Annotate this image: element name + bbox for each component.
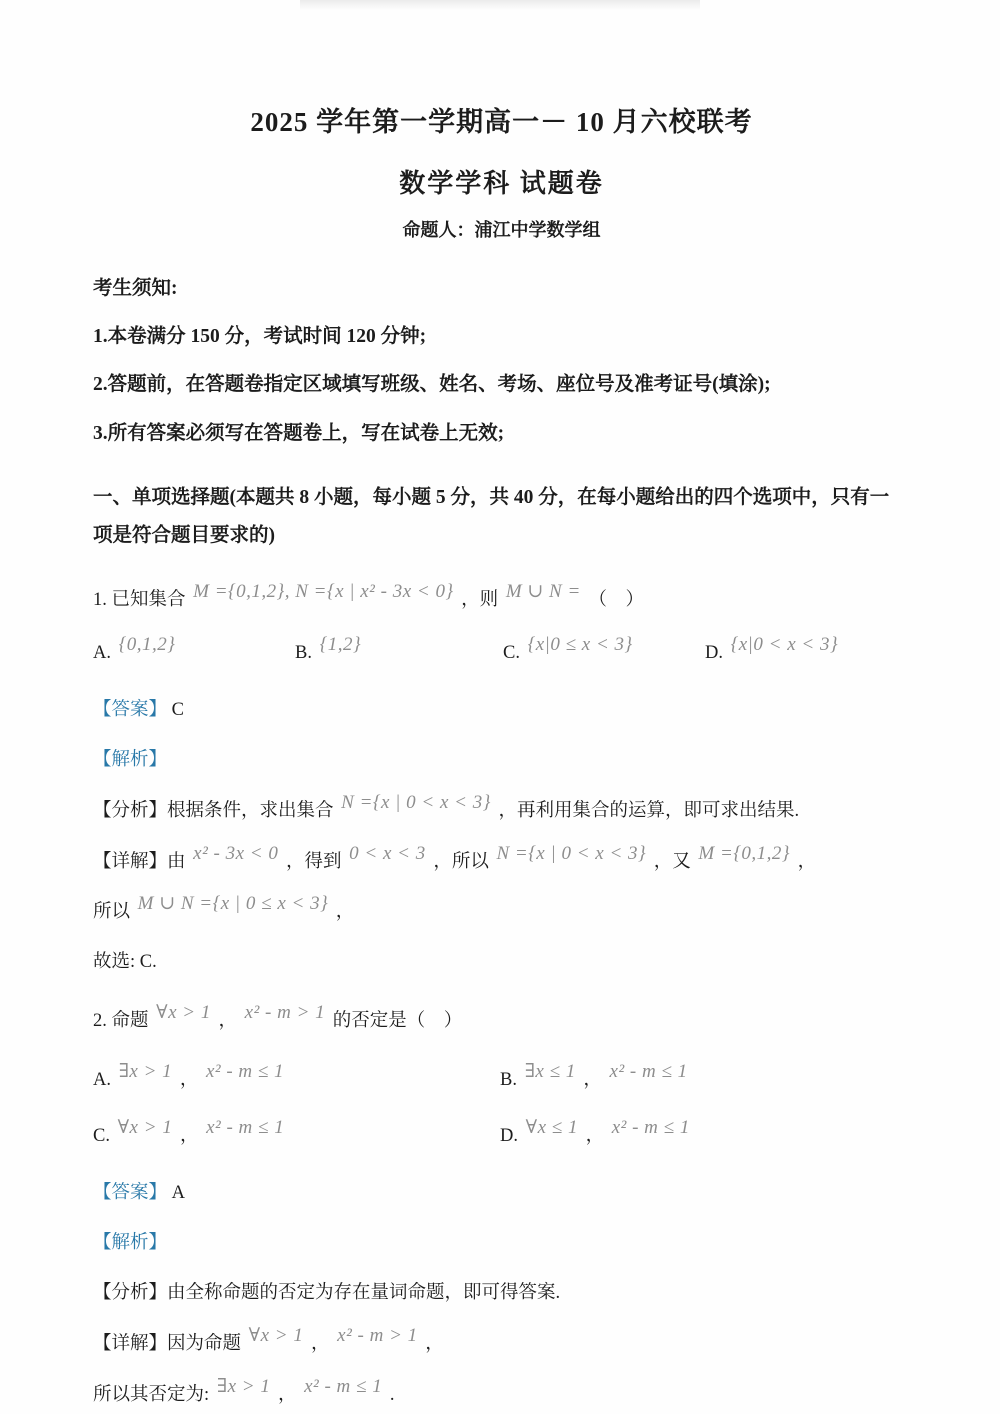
- q2-jiexi-line: 【解析】: [93, 1231, 910, 1257]
- q2-xiangjie-tail: ，: [425, 1334, 444, 1354]
- q2-xiangjie-formula-1: ∀x > 1: [246, 1323, 307, 1350]
- q1-answer-label: 【答案】: [93, 700, 167, 720]
- q2-stem-text: 2. 命题: [93, 1011, 149, 1031]
- q2-final-text: 所以其否定为:: [93, 1385, 209, 1405]
- q2-final-line: 所以其否定为: ∃x > 1 ， x² - m ≤ 1 .: [93, 1382, 910, 1409]
- q1-stem-text-mid: ，则: [461, 590, 498, 610]
- q2-option-d-label: D.: [500, 1126, 518, 1146]
- notice-item-3: 3.所有答案必须写在答题卷上，写在试卷上无效;: [93, 421, 910, 447]
- q2-option-c-formula-1: ∀x > 1: [115, 1116, 176, 1139]
- notice-item-2: 2.答题前，在答题卷指定区域填写班级、姓名、考场、座位号及准考证号(填涂);: [93, 372, 910, 398]
- section-heading-line2: 项是符合题目要求的): [93, 525, 275, 546]
- q1-xiangjie-text: 【详解】由: [93, 852, 186, 872]
- q2-xiangjie-text: 【详解】因为命题: [93, 1334, 241, 1354]
- q1-xiangjie-tail: ，: [798, 852, 817, 872]
- q1-fenxi-line: 【分析】根据条件，求出集合 N ={x | 0 < x < 3} ，再利用集合的…: [93, 798, 910, 825]
- q1-xiangjie-mid-1: ，得到: [286, 852, 342, 872]
- q2-jiexi-label: 【解析】: [93, 1233, 167, 1253]
- q2-answer-value: A: [172, 1183, 185, 1203]
- q1-xiangjie-line: 【详解】由 x² - 3x < 0 ，得到 0 < x < 3 ，所以 N ={…: [93, 849, 910, 876]
- scan-artifact: [300, 0, 700, 10]
- question-1-stem: 1. 已知集合 M ={0,1,2}, N ={x | x² - 3x < 0}…: [93, 587, 910, 614]
- q2-xiangjie-line: 【详解】因为命题 ∀x > 1 ， x² - m > 1 ，: [93, 1331, 910, 1358]
- author-line: 命题人：浦江中学数学组: [93, 216, 910, 242]
- q1-option-c-label: C.: [503, 643, 520, 663]
- q1-stem-formula-1: M ={0,1,2}, N ={x | x² - 3x < 0}: [190, 579, 456, 606]
- question-1-options: A. {0,1,2} B. {1,2} C. {x|0 ≤ x < 3} D. …: [93, 642, 910, 664]
- q1-suoyi-line: 所以 M ∪ N ={x | 0 ≤ x < 3} ，: [93, 899, 910, 926]
- q1-stem-text: 1. 已知集合: [93, 590, 186, 610]
- q2-option-b-label: B.: [500, 1070, 517, 1090]
- q2-option-d-formula-2: x² - m ≤ 1: [609, 1117, 693, 1139]
- q2-option-b: B. ∃x ≤ 1 ， x² - m ≤ 1: [500, 1065, 910, 1091]
- q1-option-d: D. {x|0 < x < 3}: [705, 642, 910, 664]
- q1-option-d-formula: {x|0 < x < 3}: [728, 634, 841, 656]
- q1-option-b: B. {1,2}: [295, 642, 503, 664]
- section-heading: 一、单项选择题(本题共 8 小题，每小题 5 分，共 40 分，在每小题给出的四…: [93, 479, 910, 555]
- q2-option-c-comma: ，: [180, 1126, 199, 1146]
- q1-option-b-formula: {1,2}: [317, 634, 364, 656]
- page-title: 2025 学年第一学期高一－ 10 月六校联考: [93, 100, 910, 139]
- q1-option-c: C. {x|0 ≤ x < 3}: [503, 642, 705, 664]
- q2-stem-formula-2: x² - m > 1: [242, 1000, 329, 1027]
- q2-option-c-formula-2: x² - m ≤ 1: [203, 1117, 287, 1139]
- q1-suoyi-text: 所以: [93, 902, 130, 922]
- q2-stem-formula-1: ∀x > 1: [153, 1000, 214, 1027]
- q2-final-formula-2: x² - m ≤ 1: [301, 1374, 385, 1401]
- q2-stem-suffix: 的否定是（ ）: [333, 1011, 463, 1031]
- notice-item-1: 1.本卷满分 150 分，考试时间 120 分钟;: [93, 324, 910, 350]
- q2-stem-comma: ，: [219, 1011, 238, 1031]
- q2-fenxi-line: 【分析】由全称命题的否定为存在量词命题，即可得答案.: [93, 1281, 910, 1307]
- q1-fenxi-text: 【分析】根据条件，求出集合: [93, 801, 334, 821]
- q1-suoyi-formula: M ∪ N ={x | 0 ≤ x < 3}: [135, 891, 332, 918]
- q2-answer-line: 【答案】 A: [93, 1181, 910, 1207]
- q2-xiangjie-comma: ，: [311, 1334, 330, 1354]
- q2-option-b-comma: ，: [583, 1070, 602, 1090]
- q2-option-a-comma: ，: [180, 1070, 199, 1090]
- question-2-options-row-1: A. ∃x > 1 ， x² - m ≤ 1 B. ∃x ≤ 1 ， x² - …: [93, 1065, 910, 1091]
- exam-document-page: 2025 学年第一学期高一－ 10 月六校联考 数学学科 试题卷 命题人：浦江中…: [0, 0, 1000, 1414]
- q2-option-d-formula-1: ∀x ≤ 1: [523, 1116, 581, 1139]
- section-heading-line1: 一、单项选择题(本题共 8 小题，每小题 5 分，共 40 分，在每小题给出的四…: [93, 487, 889, 508]
- question-2-stem: 2. 命题 ∀x > 1 ， x² - m > 1 的否定是（ ）: [93, 1008, 910, 1035]
- q2-option-d-comma: ，: [586, 1126, 605, 1146]
- q2-xiangjie-formula-2: x² - m > 1: [334, 1323, 421, 1350]
- q2-final-formula-1: ∃x > 1: [214, 1374, 274, 1401]
- question-2-options-row-2: C. ∀x > 1 ， x² - m ≤ 1 D. ∀x ≤ 1 ， x² - …: [93, 1121, 910, 1147]
- q1-xiangjie-mid-3: ，又: [654, 852, 691, 872]
- q1-option-a-label: A.: [93, 643, 111, 663]
- q1-xiangjie-formula-4: M ={0,1,2}: [695, 841, 793, 868]
- q2-final-tail: .: [390, 1385, 395, 1405]
- q1-option-c-formula: {x|0 ≤ x < 3}: [525, 634, 636, 656]
- q1-jiexi-label: 【解析】: [93, 750, 167, 770]
- q1-answer-value: C: [172, 700, 184, 720]
- q1-guxuan-line: 故选: C.: [93, 950, 910, 976]
- q1-option-a: A. {0,1,2}: [93, 642, 295, 664]
- q1-xiangjie-formula-3: N ={x | 0 < x < 3}: [493, 841, 649, 868]
- q1-option-b-label: B.: [295, 643, 312, 663]
- q1-suoyi-tail: ，: [336, 902, 355, 922]
- q1-option-d-label: D.: [705, 643, 723, 663]
- q2-option-c-label: C.: [93, 1126, 110, 1146]
- q2-option-a-label: A.: [93, 1070, 111, 1090]
- q2-option-b-formula-1: ∃x ≤ 1: [522, 1060, 579, 1083]
- q2-option-c: C. ∀x > 1 ， x² - m ≤ 1: [93, 1121, 500, 1147]
- page-subtitle: 数学学科 试题卷: [93, 163, 910, 200]
- notice-heading: 考生须知:: [93, 272, 910, 300]
- q1-fenxi-formula: N ={x | 0 < x < 3}: [338, 790, 494, 817]
- q1-jiexi-line: 【解析】: [93, 748, 910, 774]
- q2-final-comma: ，: [278, 1385, 297, 1405]
- q1-answer-line: 【答案】 C: [93, 698, 910, 724]
- q1-xiangjie-formula-1: x² - 3x < 0: [190, 841, 281, 868]
- q2-option-d: D. ∀x ≤ 1 ， x² - m ≤ 1: [500, 1121, 910, 1147]
- q2-option-b-formula-2: x² - m ≤ 1: [607, 1061, 691, 1083]
- q1-option-a-formula: {0,1,2}: [116, 634, 179, 656]
- q2-option-a-formula-1: ∃x > 1: [116, 1060, 176, 1083]
- q2-option-a-formula-2: x² - m ≤ 1: [203, 1061, 287, 1083]
- q1-xiangjie-mid-2: ，所以: [433, 852, 489, 872]
- q2-answer-label: 【答案】: [93, 1183, 167, 1203]
- q1-xiangjie-formula-2: 0 < x < 3: [346, 841, 429, 868]
- q2-option-a: A. ∃x > 1 ， x² - m ≤ 1: [93, 1065, 500, 1091]
- q1-stem-formula-2: M ∪ N =: [503, 579, 584, 606]
- q1-stem-paren: （ ）: [588, 590, 644, 610]
- q1-fenxi-suffix: ，再利用集合的运算，即可求出结果.: [498, 801, 799, 821]
